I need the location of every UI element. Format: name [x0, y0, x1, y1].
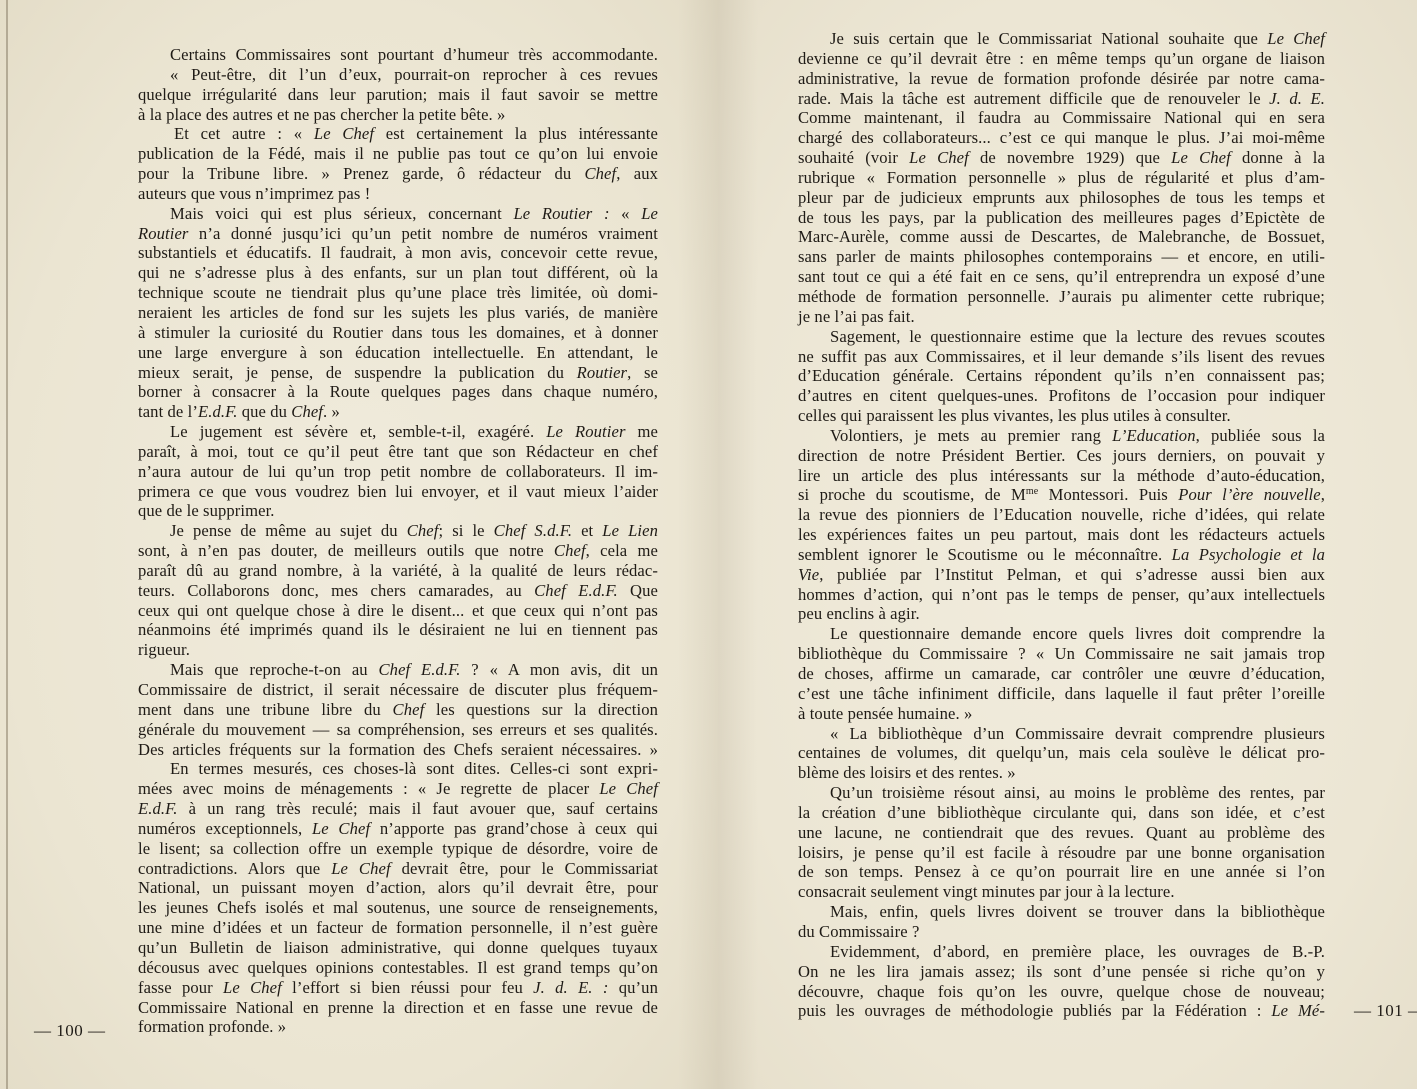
- text-line: ceux qui ont quelque chose à dire le dis…: [138, 601, 658, 621]
- text-line: celles qui paraissent les plus vivantes,…: [798, 406, 1325, 426]
- text-line: néanmoins été imprimés quand ils le dési…: [138, 620, 658, 640]
- text-line: lire un article des plus intéressants su…: [798, 466, 1325, 486]
- text-line: les jeunes Chefs isolés et mal soutenus,…: [138, 898, 658, 918]
- text-line: du Commissaire ?: [798, 922, 1325, 942]
- text-line: paraît, à moi, tout ce qu’il peut être t…: [138, 442, 658, 462]
- text-line: puis les ouvrages de méthodologie publié…: [798, 1001, 1325, 1021]
- text-line: à la place des autres et ne pas chercher…: [138, 105, 658, 125]
- text-line: une lacune, ne contiendrait que des revu…: [798, 823, 1325, 843]
- text-line: Je pense de même au sujet du Chef; si le…: [138, 521, 658, 541]
- text-line: Des articles fréquents sur la formation …: [138, 740, 658, 760]
- text-line: mieux serait, je pense, de suspendre la …: [138, 363, 658, 383]
- text-line: bibliothèque du Commissaire ? « Un Commi…: [798, 644, 1325, 664]
- text-line: loisirs, je pense qu’il est facile à rés…: [798, 843, 1325, 863]
- text-line: primera ce que vous voudrez bien lui env…: [138, 482, 658, 502]
- text-line: numéros exceptionnels, Le Chef n’apporte…: [138, 819, 658, 839]
- text-line: Vie, publiée par l’Institut Pelman, et q…: [798, 565, 1325, 585]
- text-line: une large envergure à son éducation inte…: [138, 343, 658, 363]
- text-line: découvre, chaque fois qu’on les ouvre, q…: [798, 982, 1325, 1002]
- text-line: que de le supprimer.: [138, 501, 658, 521]
- text-line: sant tout ce qui a été fait en ce sens, …: [798, 267, 1325, 287]
- text-line: On ne les lira jamais assez; ils sont d’…: [798, 962, 1325, 982]
- text-line: borner à consacrer à la Route quelques p…: [138, 382, 658, 402]
- left-page-body: Certains Commissaires sont pourtant d’hu…: [138, 45, 658, 1037]
- text-line: blème des loisirs et des rentes. »: [798, 763, 1325, 783]
- text-line: Routier n’a donné jusqu’ici qu’un petit …: [138, 224, 658, 244]
- text-line: pour la Tribune libre. » Prenez garde, ô…: [138, 164, 658, 184]
- text-line: substantiels et éducatifs. Il faudrait, …: [138, 243, 658, 263]
- text-line: d’Education générale. Certains répondent…: [798, 366, 1325, 386]
- text-line: « La bibliothèque d’un Commissaire devra…: [798, 724, 1325, 744]
- text-line: de son temps. Pensez à ce qu’on pourrait…: [798, 862, 1325, 882]
- text-line: pleur par de judicieux emprunts aux phil…: [798, 188, 1325, 208]
- text-line: Marc-Aurèle, comme aussi de Descartes, d…: [798, 227, 1325, 247]
- text-line: Certains Commissaires sont pourtant d’hu…: [138, 45, 658, 65]
- right-page-body: Je suis certain que le Commissariat Nati…: [798, 29, 1325, 1021]
- text-line: décousus avec quelques opinions contesta…: [138, 958, 658, 978]
- text-line: Le jugement est sévère et, semble-t-il, …: [138, 422, 658, 442]
- text-line: n’aura autour de lui qu’un trop petit no…: [138, 462, 658, 482]
- text-line: ne suffit pas aux Commissaires, et il le…: [798, 347, 1325, 367]
- text-line: si proche du scoutisme, de Mme Montessor…: [798, 485, 1325, 505]
- text-line: d’autres en citent quelques-unes. Profit…: [798, 386, 1325, 406]
- text-line: devienne ce qu’il devrait être : en même…: [798, 49, 1325, 69]
- text-line: Evidemment, d’abord, en première place, …: [798, 942, 1325, 962]
- text-line: à stimuler la curiosité du Routier dans …: [138, 323, 658, 343]
- text-line: souhaité (voir Le Chef de novembre 1929)…: [798, 148, 1325, 168]
- text-line: publication de la Fédé, mais il ne publi…: [138, 144, 658, 164]
- text-line: Mais que reproche-t-on au Chef E.d.F. ? …: [138, 660, 658, 680]
- text-line: Mais, enfin, quels livres doivent se tro…: [798, 902, 1325, 922]
- gutter-shadow: [718, 0, 758, 1089]
- text-line: générale du mouvement — sa compréhension…: [138, 720, 658, 740]
- text-line: rigueur.: [138, 640, 658, 660]
- text-line: chargé des collaborateurs... c’est ce qu…: [798, 128, 1325, 148]
- text-line: je ne l’ai pas fait.: [798, 307, 1325, 327]
- text-line: teurs. Collaborons donc, mes chers camar…: [138, 581, 658, 601]
- text-line: paraît dû au grand nombre, à la variété,…: [138, 561, 658, 581]
- text-line: En termes mesurés, ces choses-là sont di…: [138, 759, 658, 779]
- text-line: de choses, affirme un camarade, car cont…: [798, 664, 1325, 684]
- page-edge: [6, 0, 8, 1089]
- text-line: centaines de volumes, dit quelqu’un, mai…: [798, 743, 1325, 763]
- page-number-right: — 101 —: [1354, 1001, 1417, 1021]
- text-line: Commissaire de district, il serait néces…: [138, 680, 658, 700]
- text-line: qu’un Bulletin de liaison administrative…: [138, 938, 658, 958]
- text-line: Commissaire National en prenne la direct…: [138, 998, 658, 1018]
- text-line: sans parler de maints philosophes contem…: [798, 247, 1325, 267]
- page-number-left: — 100 —: [34, 1021, 106, 1041]
- gutter-shadow: [678, 0, 718, 1089]
- text-line: à toute pensée humaine. »: [798, 704, 1325, 724]
- text-line: Comme maintenant, il faudra au Commissai…: [798, 108, 1325, 128]
- text-line: rade. Mais la tâche est autrement diffic…: [798, 89, 1325, 109]
- text-line: semblent ignorer le Scoutisme ou le méco…: [798, 545, 1325, 565]
- text-line: peu enclins à agir.: [798, 604, 1325, 624]
- text-line: hommes d’action, qui n’ont pas le temps …: [798, 585, 1325, 605]
- book-spread: Certains Commissaires sont pourtant d’hu…: [0, 0, 1417, 1089]
- text-line: sont, à n’en pas douter, de meilleurs ou…: [138, 541, 658, 561]
- text-line: Volontiers, je mets au premier rang L’Ed…: [798, 426, 1325, 446]
- text-line: Sagement, le questionnaire estime que la…: [798, 327, 1325, 347]
- text-line: neraient les articles de fond sur les su…: [138, 303, 658, 323]
- text-line: ment dans une tribune libre du Chef les …: [138, 700, 658, 720]
- text-line: Qu’un troisième résout ainsi, au moins l…: [798, 783, 1325, 803]
- text-line: National, un puissant moyen d’action, al…: [138, 878, 658, 898]
- text-line: mées avec moins de ménagements : « Je re…: [138, 779, 658, 799]
- text-line: E.d.F. à un rang très reculé; mais il fa…: [138, 799, 658, 819]
- text-line: administrative, la revue de formation pr…: [798, 69, 1325, 89]
- text-line: formation profonde. »: [138, 1017, 658, 1037]
- text-line: direction de notre Président Bertier. Ce…: [798, 446, 1325, 466]
- text-line: quelque irrégularité dans leur parution;…: [138, 85, 658, 105]
- text-line: le lisent; sa collection offre un exempl…: [138, 839, 658, 859]
- text-line: qui ne s’adresse plus à des enfants, sur…: [138, 263, 658, 283]
- text-line: une mine d’idées et un facteur de format…: [138, 918, 658, 938]
- text-line: de tous les pays, par la publication des…: [798, 208, 1325, 228]
- text-line: la création d’une bibliothèque circulant…: [798, 803, 1325, 823]
- text-line: technique scoute ne tiendrait plus qu’un…: [138, 283, 658, 303]
- text-line: rubrique « Formation personnelle » plus …: [798, 168, 1325, 188]
- text-line: fasse pour Le Chef l’effort si bien réus…: [138, 978, 658, 998]
- text-line: tant de l’E.d.F. que du Chef. »: [138, 402, 658, 422]
- right-page: Je suis certain que le Commissariat Nati…: [718, 0, 1417, 1089]
- text-line: c’est une tâche infiniment difficile, da…: [798, 684, 1325, 704]
- text-line: Mais voici qui est plus sérieux, concern…: [138, 204, 658, 224]
- text-line: la revue des pionniers de l’Education no…: [798, 505, 1325, 525]
- text-line: Je suis certain que le Commissariat Nati…: [798, 29, 1325, 49]
- text-line: méthode de formation personnelle. J’aura…: [798, 287, 1325, 307]
- text-line: contradictions. Alors que Le Chef devrai…: [138, 859, 658, 879]
- left-page: Certains Commissaires sont pourtant d’hu…: [0, 0, 718, 1089]
- text-line: Et cet autre : « Le Chef est certainemen…: [138, 124, 658, 144]
- text-line: Le questionnaire demande encore quels li…: [798, 624, 1325, 644]
- text-line: auteurs que vous n’imprimez pas !: [138, 184, 658, 204]
- text-line: consacrait seulement vingt minutes par j…: [798, 882, 1325, 902]
- text-line: « Peut-être, dit l’un d’eux, pourrait-on…: [138, 65, 658, 85]
- text-line: les expériences faites un peu partout, m…: [798, 525, 1325, 545]
